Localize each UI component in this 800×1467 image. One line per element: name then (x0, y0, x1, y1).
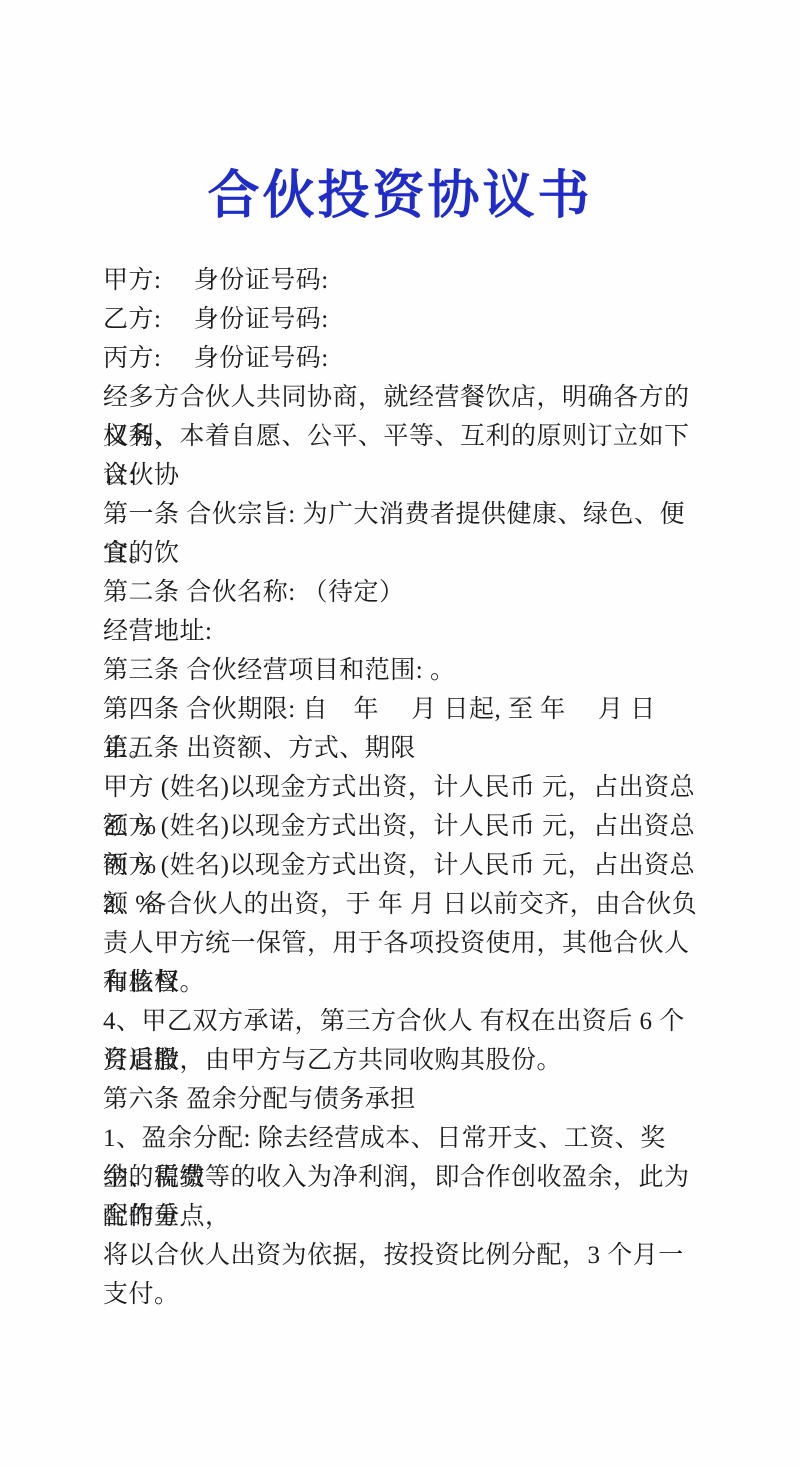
document-line: 资退股，由甲方与乙方共同收购其股份。 (103, 1041, 703, 1080)
document-line: 第四条 合伙期限: 自 年 月 日起, 至 年 月 日止。 (103, 690, 703, 729)
document-line: 第三条 合伙经营项目和范围: 。 (103, 651, 703, 690)
document-line: 1、盈余分配: 除去经营成本、日常开支、工资、奖金、需缴 (103, 1119, 703, 1158)
document-line: 乙方: 身份证号码: (103, 300, 703, 339)
document-line: 食。 (103, 534, 703, 573)
document-line: 第五条 出资额、方式、期限 (103, 729, 703, 768)
document-line: 第一条 合伙宗旨: 为广大消费者提供健康、绿色、便宜的饮 (103, 495, 703, 534)
document-line: 2、各合伙人的出资，于 年 月 日以前交齐，由合伙负 (103, 885, 703, 924)
document-line: 丙方 (姓名)以现金方式出资，计人民币 元，占出资总额 % (103, 846, 703, 885)
document-line: 第二条 合伙名称: （待定） (103, 573, 703, 612)
document-line: 4、甲乙双方承诺，第三方合伙人 有权在出资后 6 个月后撤 (103, 1002, 703, 1041)
document-line: 责人甲方统一保管，用于各项投资使用，其他合伙人有监督 (103, 924, 703, 963)
document-line: 甲方: 身份证号码: (103, 261, 703, 300)
document-line: 经多方合伙人共同协商，就经营餐饮店，明确各方的权利、 (103, 378, 703, 417)
document-line: 和核权。 (103, 963, 703, 1002)
document-line: 议: (103, 456, 703, 495)
document-title: 合伙投资协议书 (0, 0, 800, 225)
document-body: 甲方: 身份证号码: 乙方: 身份证号码: 丙方: 身份证号码: 经多方合伙人共… (103, 261, 703, 1275)
document-line: 配的重点， (103, 1197, 703, 1236)
document-line: 乙方 (姓名)以现金方式出资，计人民币 元，占出资总额 % (103, 807, 703, 846)
document-line: 第六条 盈余分配与债务承担 (103, 1080, 703, 1119)
document-line: 义务，本着自愿、公平、平等、互利的原则订立如下合伙协 (103, 417, 703, 456)
document-line: 纳的税费等的收入为净利润，即合作创收盈余，此为合作分 (103, 1158, 703, 1197)
document-line: 丙方: 身份证号码: (103, 339, 703, 378)
document-page: 合伙投资协议书 甲方: 身份证号码: 乙方: 身份证号码: 丙方: 身份证号码:… (0, 0, 800, 1467)
document-line: 甲方 (姓名)以现金方式出资，计人民币 元，占出资总额 % (103, 768, 703, 807)
document-line: 经营地址: (103, 612, 703, 651)
document-line: 将以合伙人出资为依据，按投资比例分配，3 个月一支付。 (103, 1236, 703, 1275)
